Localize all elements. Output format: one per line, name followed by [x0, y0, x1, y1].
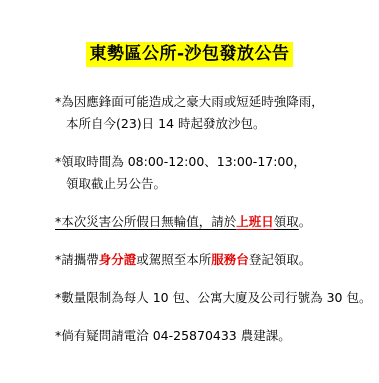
- title-container: 東勢區公所-沙包發放公告: [0, 0, 379, 67]
- id-requirement-text-3: 登記領取。: [249, 252, 312, 267]
- paragraph-reason-line2: 本所自今(23)日 14 時起發放沙包。: [55, 113, 365, 135]
- service-desk-emphasis: 服務台: [211, 252, 249, 267]
- paragraph-quantity-limit: *數量限制為每人 10 包、公寓大廈及公司行號為 30 包。: [55, 287, 365, 309]
- workday-emphasis: 上班日: [236, 214, 274, 229]
- announcement-body: *為因應鋒面可能造成之豪大雨或短延時強降雨， 本所自今(23)日 14 時起發放…: [0, 67, 379, 347]
- paragraph-contact-line: *倘有疑問請電洽 04-25870433 農建課。: [55, 325, 365, 347]
- paragraph-reason-line1: *為因應鋒面可能造成之豪大雨或短延時強降雨，: [55, 91, 365, 113]
- paragraph-pickup-hours-line1: *領取時間為 08:00-12:00、13:00-17:00，: [55, 151, 365, 173]
- paragraph-reason: *為因應鋒面可能造成之豪大雨或短延時強降雨， 本所自今(23)日 14 時起發放…: [55, 91, 365, 135]
- paragraph-pickup-hours: *領取時間為 08:00-12:00、13:00-17:00， 領取截止另公告。: [55, 151, 365, 195]
- paragraph-workday-notice: *本次災害公所假日無輪值，請於上班日領取。: [55, 211, 365, 233]
- id-requirement-text: *請攜帶: [55, 252, 99, 267]
- paragraph-quantity-limit-line: *數量限制為每人 10 包、公寓大廈及公司行號為 30 包。: [55, 287, 365, 309]
- paragraph-id-requirement: *請攜帶身分證或駕照至本所服務台登記領取。: [55, 249, 365, 271]
- id-requirement-text-2: 或駕照至本所: [136, 252, 211, 267]
- announcement-page: 東勢區公所-沙包發放公告 *為因應鋒面可能造成之豪大雨或短延時強降雨， 本所自今…: [0, 0, 379, 383]
- id-card-emphasis: 身分證: [99, 252, 137, 267]
- paragraph-workday-notice-line: *本次災害公所假日無輪值，請於上班日領取。: [55, 211, 365, 233]
- paragraph-pickup-hours-line2: 領取截止另公告。: [55, 173, 365, 195]
- workday-notice-text-2: 領取: [274, 214, 299, 229]
- paragraph-contact: *倘有疑問請電洽 04-25870433 農建課。: [55, 325, 365, 347]
- page-title: 東勢區公所-沙包發放公告: [86, 42, 292, 67]
- paragraph-id-requirement-line: *請攜帶身分證或駕照至本所服務台登記領取。: [55, 249, 365, 271]
- workday-notice-text: *本次災害公所假日無輪值，請於: [55, 214, 236, 229]
- workday-notice-period: 。: [299, 214, 312, 229]
